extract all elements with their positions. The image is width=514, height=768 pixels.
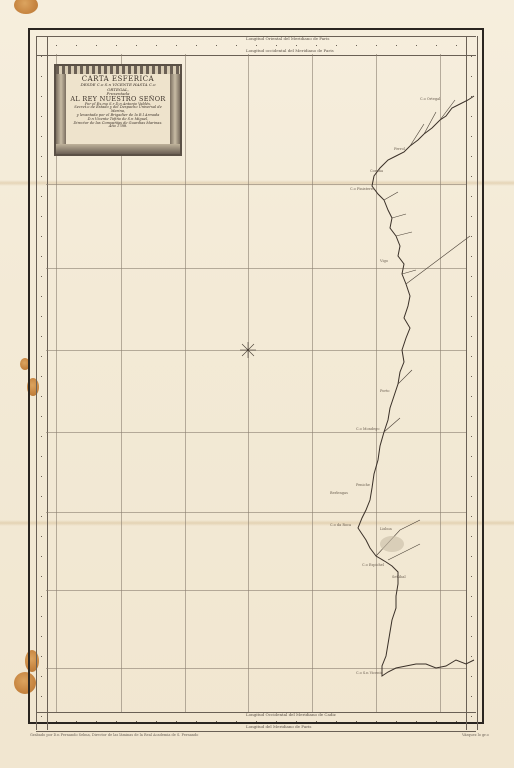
place-label: Peniche — [356, 483, 370, 487]
place-label: Porto — [380, 389, 390, 393]
place-label: Vigo — [379, 259, 388, 263]
place-label: Berlengas — [330, 491, 348, 495]
place-label: Ferrol — [394, 147, 406, 151]
place-label: Lisboa — [380, 527, 392, 531]
place-label: C.o Finisterre — [350, 187, 375, 191]
engraver-signature: Vázquez lo gr.o — [462, 733, 489, 737]
place-label: C.o da Roca — [330, 523, 351, 527]
place-label: Setúbal — [392, 574, 406, 579]
map-body-line: Año 1788. — [70, 125, 166, 129]
cartouche-pillar-right — [170, 74, 180, 144]
cartouche-pillar-left — [56, 74, 66, 144]
cartouche-text: CARTA ESFERICA DESDE C.o S.n VICENTE HAS… — [70, 76, 166, 129]
place-label: Coruña — [370, 169, 383, 173]
place-label: C.o S.n Vicente — [356, 671, 383, 675]
place-label: C.o Espichel — [362, 563, 385, 567]
title-cartouche: CARTA ESFERICA DESDE C.o S.n VICENTE HAS… — [54, 64, 182, 156]
place-label: C.o Ortegal — [420, 97, 441, 101]
cartouche-base — [56, 144, 180, 154]
engraver-credit: Grabado por D.n Fernando Selma, Director… — [30, 733, 198, 737]
compass-rose-icon — [240, 342, 256, 358]
cartouche-frieze — [56, 66, 180, 74]
place-label: C.o Mondego — [356, 427, 380, 431]
